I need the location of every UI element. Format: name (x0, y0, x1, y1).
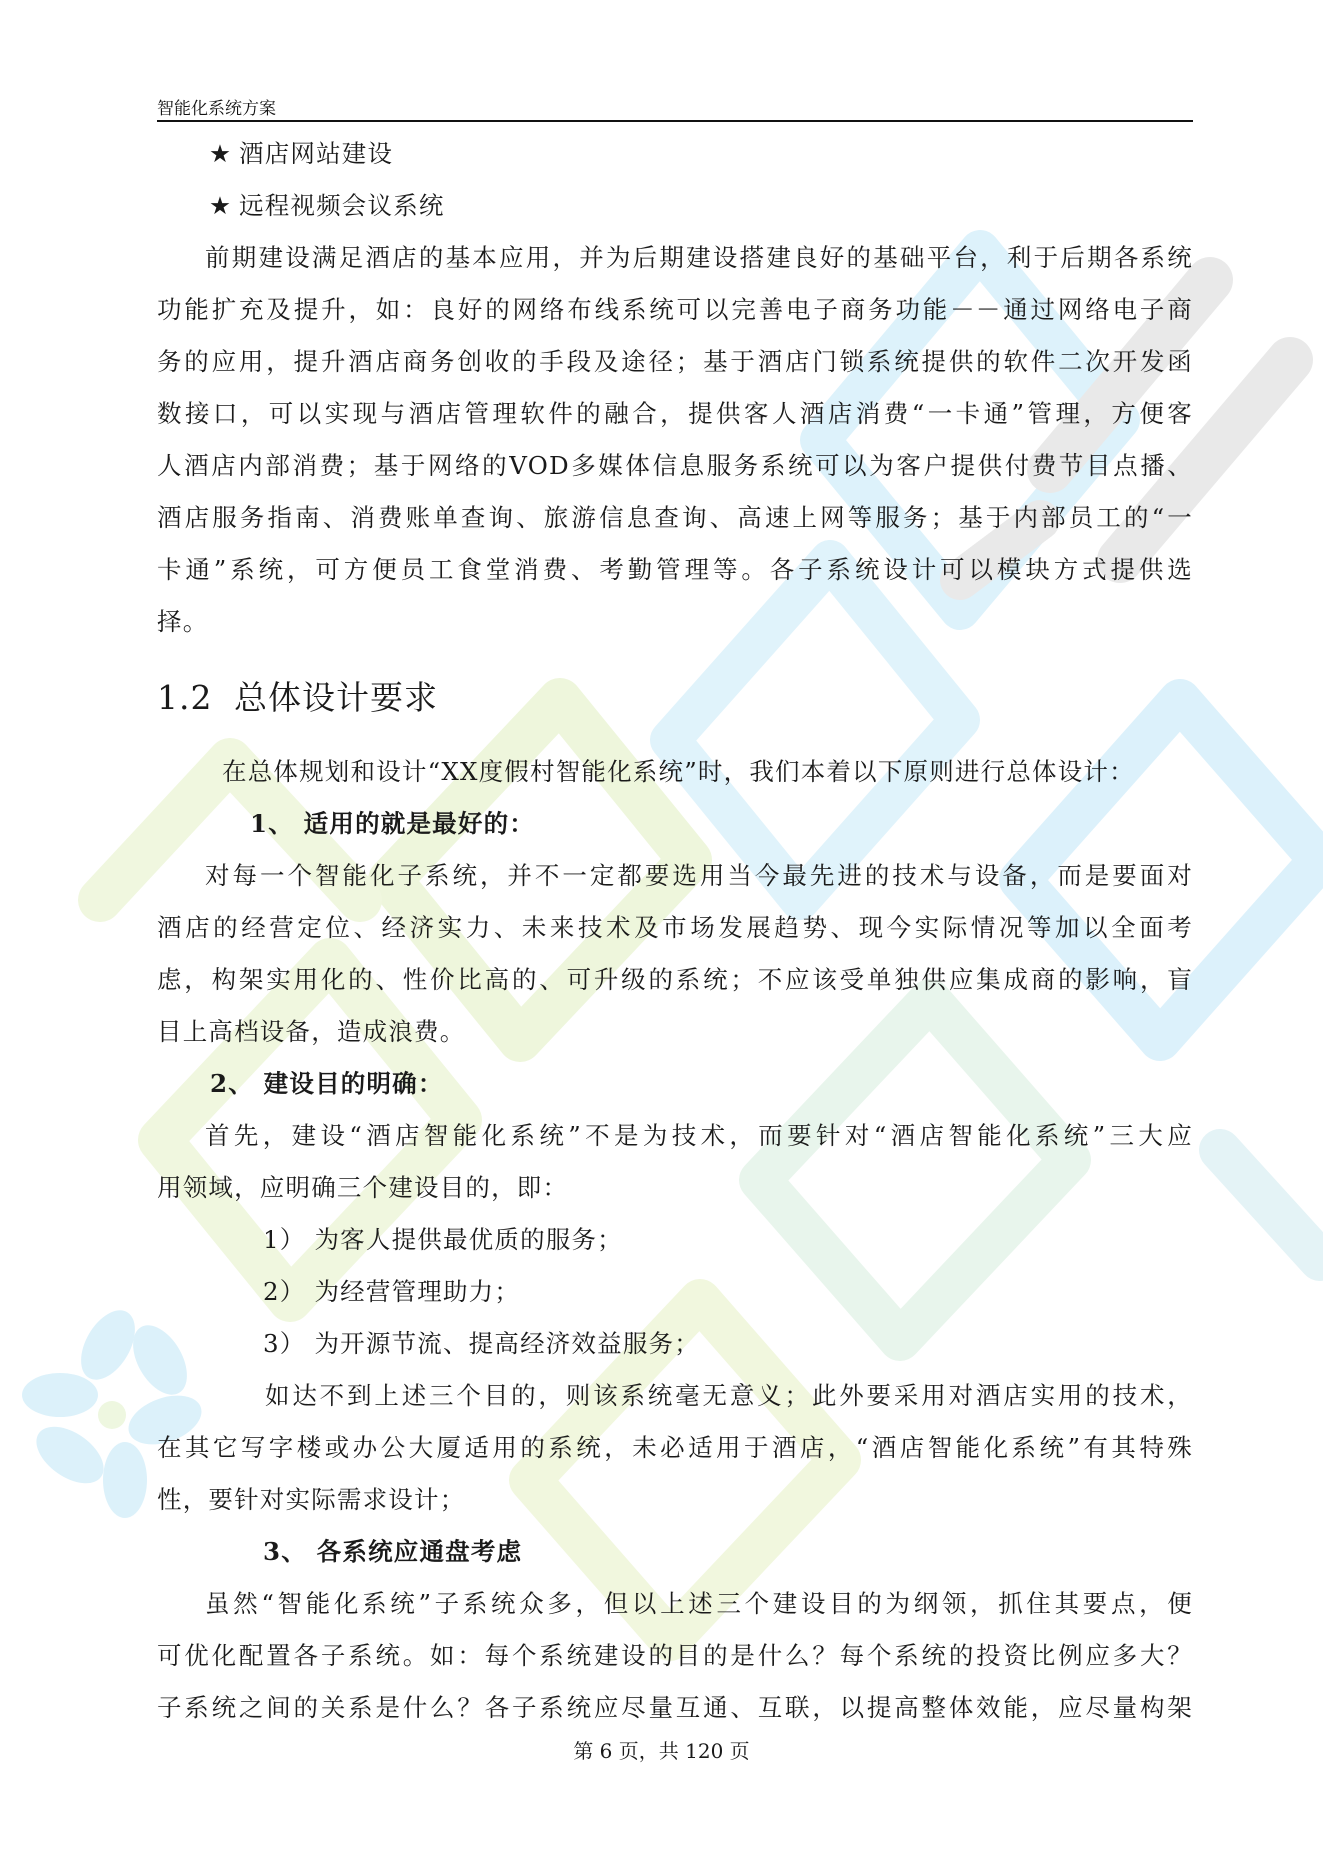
paragraph-line: 如达不到上述三个目的，则该系统毫无意义；此外要采用对酒店实用的技术， (265, 1381, 1193, 1411)
paragraph-line: 择。 (157, 607, 1197, 637)
list-item: 1） 为客人提供最优质的服务； (263, 1225, 1303, 1255)
paragraph-line: 酒店的经营定位、经济实力、未来技术及市场发展趋势、现今实际情况等加以全面考 (157, 913, 1193, 943)
page-number: 第 6 页，共 120 页 (0, 1735, 1323, 1764)
principle-heading: 2、 建设目的明确： (210, 1069, 1250, 1099)
star-icon: ★ (209, 139, 239, 169)
list-item: 2） 为经营管理助力； (263, 1277, 1303, 1307)
document-page: 智能化系统方案 ★酒店网站建设 ★远程视频会议系统 前期建设满足酒店的基本应用，… (0, 0, 1323, 1871)
bullet-item: ★酒店网站建设 (157, 139, 1197, 169)
paragraph-line: 数接口，可以实现与酒店管理软件的融合，提供客人酒店消费“一卡通”管理，方便客 (157, 399, 1193, 429)
paragraph-line: 虑，构架实用化的、性价比高的、可升级的系统；不应该受单独供应集成商的影响，盲 (157, 965, 1193, 995)
principle-heading: 1、 适用的就是最好的： (250, 809, 1290, 839)
bullet-text: 酒店网站建设 (239, 139, 393, 168)
section-number: 1.2 (157, 678, 212, 717)
paragraph-line: 子系统之间的关系是什么？各子系统应尽量互通、互联，以提高整体效能，应尽量构架 (157, 1693, 1193, 1723)
bullet-text: 远程视频会议系统 (239, 191, 445, 220)
principle-heading: 3、 各系统应通盘考虑 (263, 1537, 1303, 1567)
paragraph-line: 性，要针对实际需求设计； (157, 1485, 1197, 1515)
section-title: 总体设计要求 (234, 678, 438, 717)
paragraph-line: 用领域，应明确三个建设目的，即： (157, 1173, 1197, 1203)
header-title: 智能化系统方案 (157, 94, 276, 119)
paragraph-line: 功能扩充及提升，如：良好的网络布线系统可以完善电子商务功能－－通过网络电子商 (157, 295, 1193, 325)
paragraph-line: 酒店服务指南、消费账单查询、旅游信息查询、高速上网等服务；基于内部员工的“一 (157, 503, 1193, 533)
paragraph-line: 务的应用，提升酒店商务创收的手段及途径；基于酒店门锁系统提供的软件二次开发函 (157, 347, 1193, 377)
section-intro: 在总体规划和设计“XX度假村智能化系统”时，我们本着以下原则进行总体设计： (222, 757, 1262, 787)
list-item: 3） 为开源节流、提高经济效益服务； (263, 1329, 1303, 1359)
paragraph-line: 目上高档设备，造成浪费。 (157, 1017, 1197, 1047)
paragraph-line: 可优化配置各子系统。如：每个系统建设的目的是什么？每个系统的投资比例应多大？ (157, 1641, 1193, 1671)
page-header: 智能化系统方案 (157, 96, 1193, 122)
paragraph-line: 人酒店内部消费；基于网络的VOD多媒体信息服务系统可以为客户提供付费节目点播、 (157, 451, 1193, 481)
paragraph-line: 前期建设满足酒店的基本应用，并为后期建设搭建良好的基础平台，利于后期各系统 (205, 243, 1193, 273)
bullet-item: ★远程视频会议系统 (157, 191, 1197, 221)
star-icon: ★ (209, 191, 239, 221)
paragraph-line: 首先，建设“酒店智能化系统”不是为技术，而要针对“酒店智能化系统”三大应 (205, 1121, 1193, 1151)
section-heading: 1.2 总体设计要求 (157, 678, 438, 718)
paragraph-line: 在其它写字楼或办公大厦适用的系统，未必适用于酒店，“酒店智能化系统”有其特殊 (157, 1433, 1193, 1463)
paragraph-line: 对每一个智能化子系统，并不一定都要选用当今最先进的技术与设备，而是要面对 (205, 861, 1193, 891)
paragraph-line: 虽然“智能化系统”子系统众多，但以上述三个建设目的为纲领，抓住其要点，便 (205, 1589, 1193, 1619)
paragraph-line: 卡通”系统，可方便员工食堂消费、考勤管理等。各子系统设计可以模块方式提供选 (157, 555, 1193, 585)
